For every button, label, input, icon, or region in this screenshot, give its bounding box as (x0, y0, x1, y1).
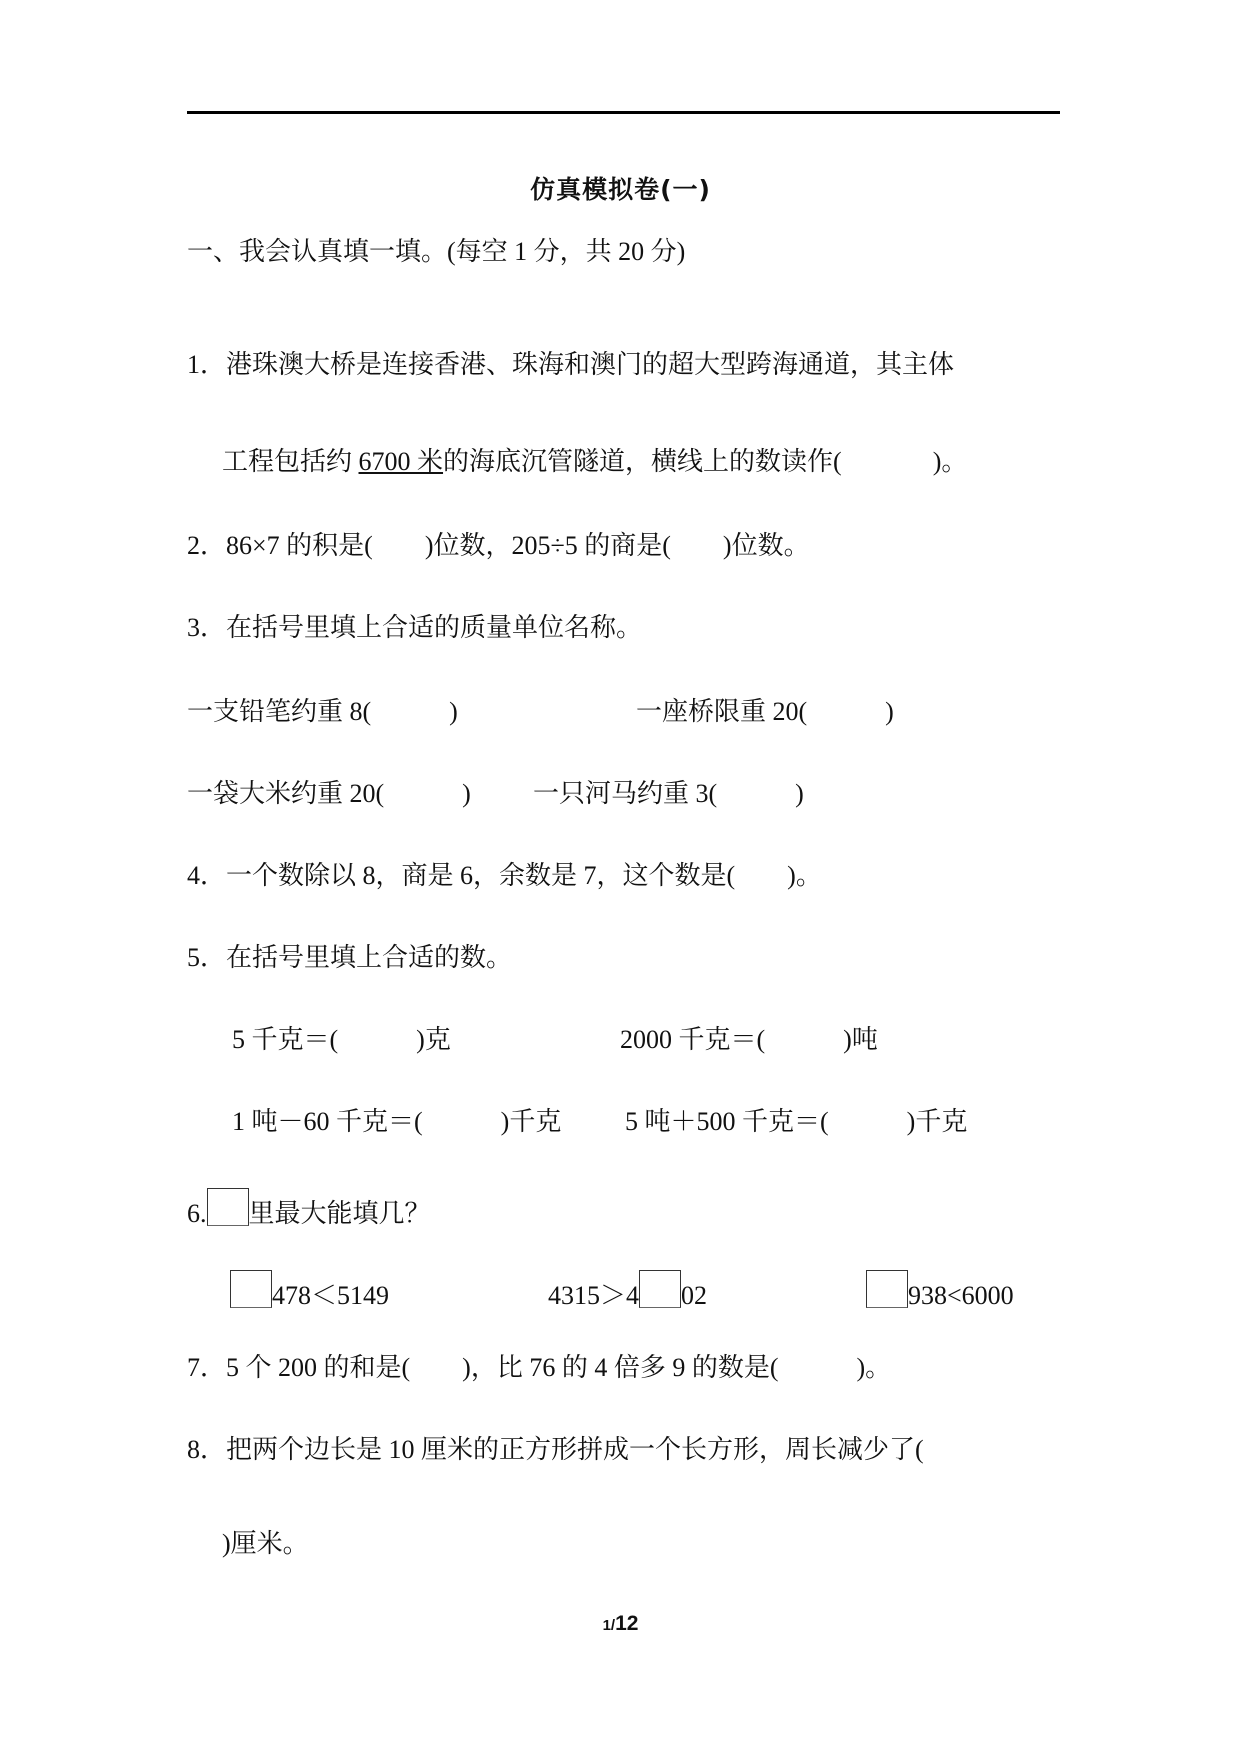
q6-item-1: 478＜5149 (230, 1270, 389, 1312)
q3-item-4: 一只河马约重 3( ) (533, 778, 804, 810)
q6-item-2-pre: 4315＞4 (548, 1281, 639, 1310)
q6-text: 里最大能填几？ (249, 1199, 431, 1228)
q5-item-4: 5 吨＋500 千克＝( )千克 (625, 1106, 967, 1138)
page-title: 仿真模拟卷(一) (0, 170, 1241, 206)
question-8-line-1: 8．把两个边长是 10 厘米的正方形拼成一个长方形，周长减少了( (187, 1434, 924, 1466)
q6-item-3: 938<6000 (866, 1270, 1014, 1312)
q6-number: 6. (187, 1199, 207, 1228)
current-page: 1/ (603, 1617, 616, 1634)
q6-item-3-text: 938<6000 (908, 1281, 1014, 1310)
blank-box[interactable] (639, 1270, 681, 1308)
question-5: 5．在括号里填上合适的数。 (187, 942, 512, 974)
question-6: 6.里最大能填几？ (187, 1188, 431, 1230)
question-4: 4．一个数除以 8，商是 6，余数是 7，这个数是( )。 (187, 860, 822, 892)
question-1-line-1: 1．港珠澳大桥是连接香港、珠海和澳门的超大型跨海通道，其主体 (187, 349, 954, 381)
q3-item-3: 一袋大米约重 20( ) (187, 778, 471, 810)
question-1-line-2: 工程包括约 6700 米的海底沉管隧道，横线上的数读作( )。 (222, 446, 967, 478)
q6-item-1-text: 478＜5149 (272, 1281, 389, 1310)
q6-item-2: 4315＞402 (548, 1270, 707, 1312)
q5-item-1: 5 千克＝( )克 (232, 1024, 451, 1056)
q5-item-2: 2000 千克＝( )吨 (620, 1024, 878, 1056)
blank-box[interactable] (230, 1270, 272, 1308)
section-heading: 一、我会认真填一填。(每空 1 分，共 20 分) (187, 236, 685, 268)
question-8-line-2: )厘米。 (222, 1528, 309, 1560)
blank-box[interactable] (207, 1188, 249, 1226)
q3-item-2: 一座桥限重 20( ) (636, 696, 894, 728)
q1-text-post: 的海底沉管隧道，横线上的数读作( )。 (443, 447, 967, 476)
page-number: 1/12 (0, 1612, 1241, 1636)
question-3: 3．在括号里填上合适的质量单位名称。 (187, 612, 642, 644)
q5-item-3: 1 吨－60 千克＝( )千克 (232, 1106, 561, 1138)
underlined-number: 6700 米 (359, 447, 444, 476)
question-2: 2．86×7 的积是( )位数，205÷5 的商是( )位数。 (187, 530, 810, 562)
total-pages: 12 (615, 1612, 638, 1635)
q3-item-1: 一支铅笔约重 8( ) (187, 696, 458, 728)
q6-item-2-post: 02 (681, 1281, 707, 1310)
question-7: 7．5 个 200 的和是( )，比 76 的 4 倍多 9 的数是( )。 (187, 1352, 891, 1384)
q1-text-pre: 工程包括约 (222, 447, 359, 476)
blank-box[interactable] (866, 1270, 908, 1308)
header-rule (187, 111, 1060, 114)
